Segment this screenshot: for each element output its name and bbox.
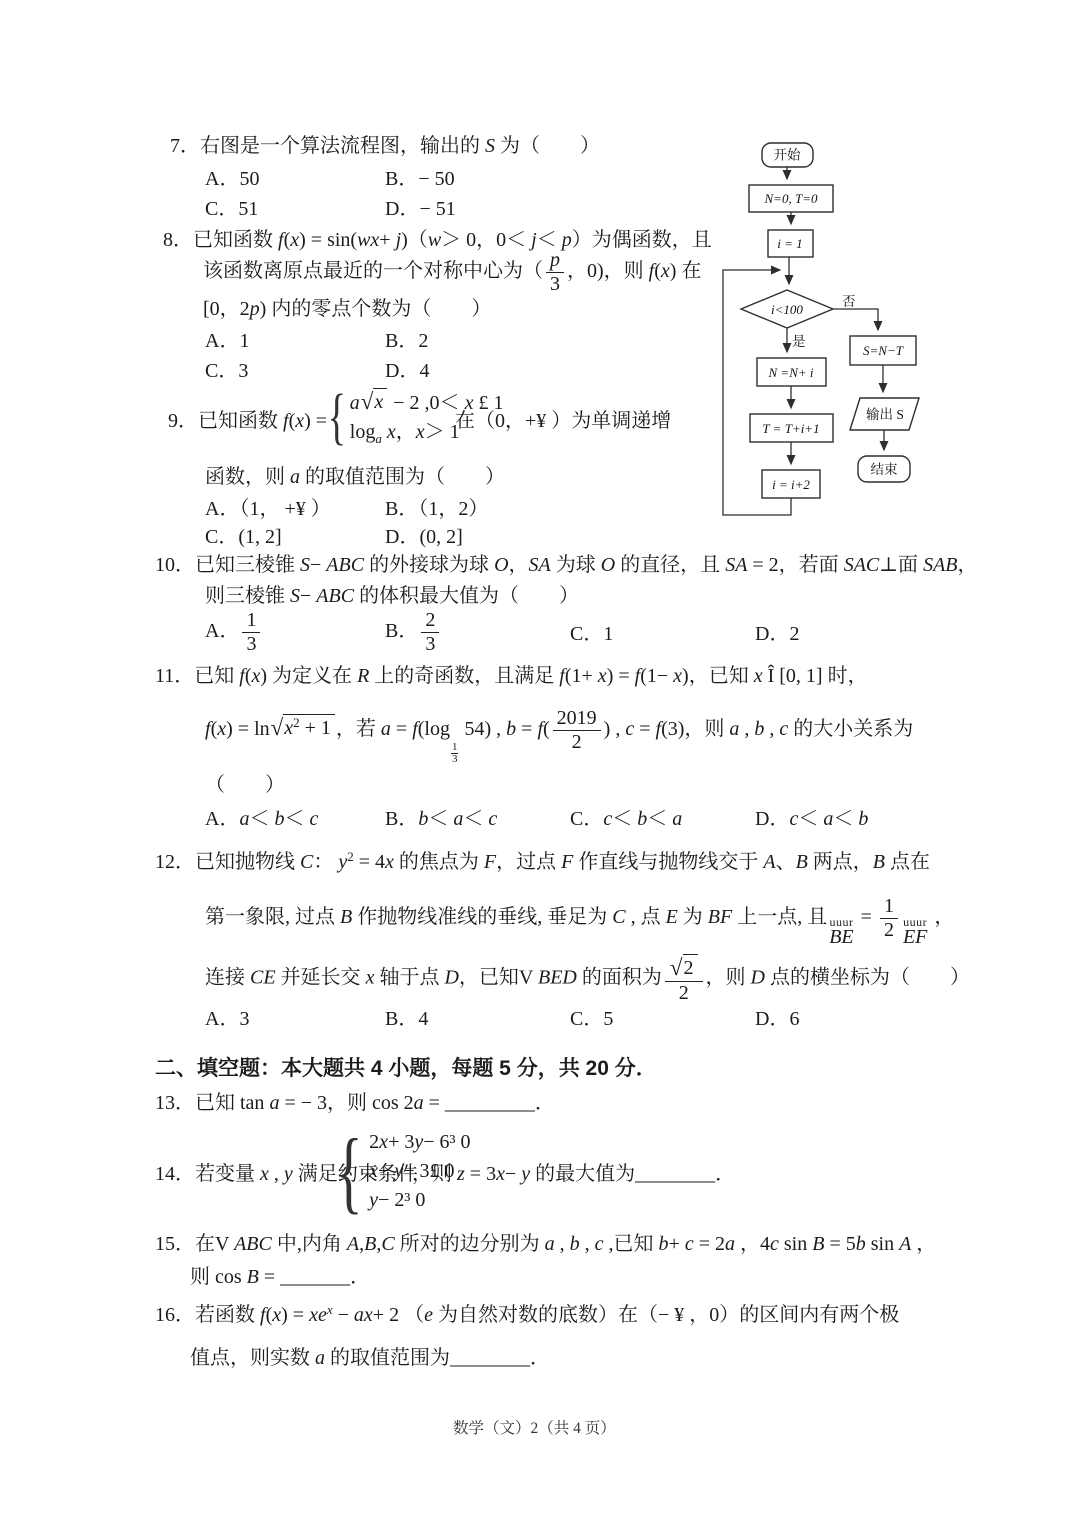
q11-stem-line3: （ ） [205, 772, 285, 798]
q8-option-c: C．3 [205, 358, 248, 384]
q12-stem-line3: 连接 CE 并延长交 x 轴于点 D，已知V BED 的面积为√22，则 D 点… [205, 954, 970, 1004]
node-condition-label: i<100 [771, 302, 803, 317]
q10-option-c: C．1 [570, 621, 613, 647]
q12-option-d: D．6 [755, 1006, 799, 1032]
q9-option-b: B．（1，2） [385, 496, 488, 522]
node-end-label: 结束 [871, 461, 899, 477]
q16-stem-line2: 值点，则实数 a 的取值范围为________． [190, 1345, 550, 1371]
q11-option-c: C．c＜ b＜ a [570, 806, 682, 832]
q9-stem-pre: 9．已知函数 f(x) = [168, 408, 327, 434]
q8-option-b: B．2 [385, 328, 428, 354]
section2-header: 二、填空题：本大题共 4 小题，每题 5 分，共 20 分． [155, 1056, 657, 1082]
q12-stem-line2: 第一象限, 过点 B 作抛物线准线的垂线, 垂足为 C , 点 E 为 BF 上… [205, 896, 954, 947]
q11-option-a: A．a＜ b＜ c [205, 806, 318, 832]
q8-stem-line3: [0，2p) 内的零点个数为（ ） [203, 296, 491, 322]
node-set-i-label: i = 1 [777, 236, 802, 251]
q11-stem-line2: f(x) = ln√x2 + 1，若 a = f(log13 54) , b =… [205, 708, 913, 765]
label-no: 否 [842, 294, 856, 309]
node-add-t-label: T = T+i+1 [762, 421, 819, 436]
node-add-n-label: N =N+ i [768, 365, 814, 380]
node-init-label: N=0, T=0 [764, 191, 818, 206]
q8-stem-line2: 该函数离原点最近的一个对称中心为（p3，0)，则 f(x) 在 [203, 250, 701, 295]
q12-stem-line1: 12．已知抛物线 C： y2 = 4x 的焦点为 F，过点 F 作直线与抛物线交… [155, 849, 930, 875]
q9-option-d: D．(0, 2] [385, 524, 463, 550]
q7-option-a: A．50 [205, 166, 259, 192]
q7-option-b: B．− 50 [385, 166, 455, 192]
q9-stem-line2: 函数，则 a 的取值范围为（ ） [205, 464, 505, 490]
q10-stem-line1: 10．已知三棱锥 S− ABC 的外接球为球 O，SA 为球 O 的直径，且 S… [155, 552, 978, 578]
exam-page: 7．右图是一个算法流程图，输出的 S 为（ ） A．50 B．− 50 C．51… [0, 0, 1080, 1527]
q7-option-d: D．− 51 [385, 196, 456, 222]
q7-flowchart: 开始 N=0, T=0 i = 1 i<100 否 是 N =N+ i T = … [700, 138, 940, 533]
q15-stem-line2: 则 cos B = _______． [190, 1264, 370, 1290]
q11-stem-line1: 11．已知 f(x) 为定义在 R 上的奇函数，且满足 f(1+ x) = f(… [155, 663, 868, 689]
edge-cond-no [833, 309, 878, 330]
q10-stem-line2: 则三棱锥 S− ABC 的体积最大值为（ ） [205, 583, 579, 609]
node-start-label: 开始 [774, 148, 802, 163]
q13-stem: 13．已知 tan a = − 3，则 cos 2a = _________． [155, 1090, 555, 1116]
q10-option-a: A．13 [205, 610, 263, 655]
q14-stem-post: ，则 z = 3x− y 的最大值为________． [412, 1161, 735, 1187]
q12-option-a: A．3 [205, 1006, 249, 1032]
q8-option-d: D．4 [385, 358, 429, 384]
page-footer: 数学（文）2（共 4 页） [453, 1416, 616, 1442]
node-calc-s-label: S=N−T [863, 343, 904, 358]
q11-option-d: D．c＜ a＜ b [755, 806, 868, 832]
q7-option-c: C．51 [205, 196, 258, 222]
q9-stem-post: 在（0，+¥ ）为单调递增 [455, 408, 671, 434]
q11-option-b: B．b＜ a＜ c [385, 806, 497, 832]
q10-option-b: B．23 [385, 610, 442, 655]
node-inc-i-label: i = i+2 [772, 477, 810, 492]
q9-option-c: C．(1, 2] [205, 524, 282, 550]
q8-option-a: A．1 [205, 328, 249, 354]
q15-stem-line1: 15．在V ABC 中,内角 A,B,C 所对的边分别为 a , b , c ,… [155, 1231, 936, 1257]
q16-stem-line1: 16．若函数 f(x) = xex − ax+ 2 （e 为自然对数的底数）在（… [155, 1302, 899, 1328]
q10-option-d: D．2 [755, 621, 799, 647]
label-yes: 是 [792, 334, 806, 349]
q12-option-b: B．4 [385, 1006, 428, 1032]
q12-option-c: C．5 [570, 1006, 613, 1032]
q7-stem: 7．右图是一个算法流程图，输出的 S 为（ ） [170, 133, 600, 159]
node-output-label: 输出 S [866, 407, 904, 422]
q9-option-a: A．（1， +¥ ） [205, 496, 331, 522]
